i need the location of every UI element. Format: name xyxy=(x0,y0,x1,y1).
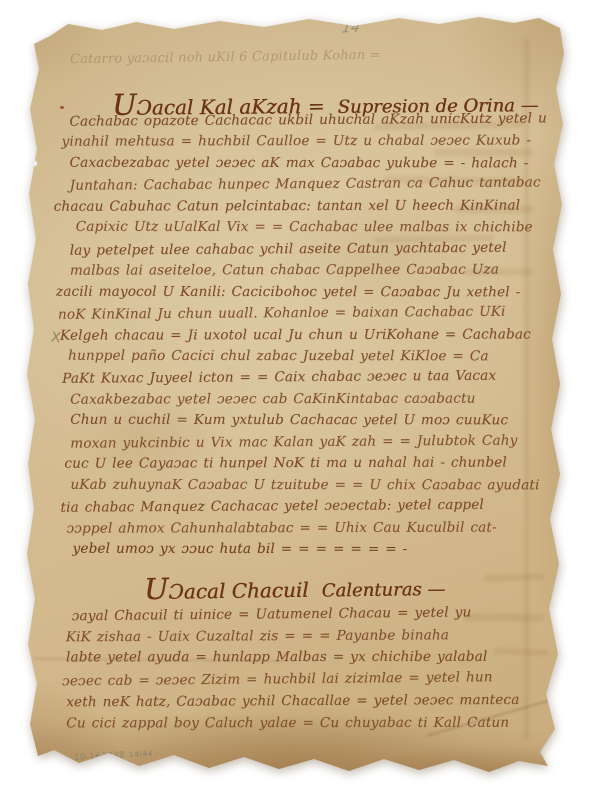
manuscript-line: tia chabac Manquez Cachacac yetel ɔeɔect… xyxy=(60,494,550,519)
faded-title-line: Catarro yaɔacil noh uKil 6 Capitulub Koh… xyxy=(70,48,381,67)
manuscript-line: PaKt Kuxac Juyeel icton = = Caix chabac … xyxy=(62,366,550,391)
manuscript-line: Caxakbezabac yetel ɔeɔec cab CaKinKintab… xyxy=(70,388,550,411)
margin-x-mark: X xyxy=(50,329,62,346)
manuscript-line: Cu cici zappal boy Caluch yalae = Cu chu… xyxy=(66,712,546,734)
section2-heading-spanish: Calenturas — xyxy=(322,579,446,602)
manuscript-line: ɔɔppel ahmox Cahunhalabtabac = = Uhix Ca… xyxy=(66,517,550,540)
manuscript-line: uKab zuhuynaK Caɔabac U tzuitube = = U c… xyxy=(70,474,550,496)
ink-bleed-ghost xyxy=(484,573,544,582)
manuscript-line: Kelgeh chacau = Ji uxotol ucal Ju chun u… xyxy=(60,324,550,347)
folio-number: 14 xyxy=(340,19,361,36)
manuscript-line: lay petelpet ulee cahabac ychil aseite C… xyxy=(70,237,550,262)
catalog-number: 10-16303814/44 xyxy=(74,749,153,763)
manuscript-sheet: 14 Catarro yaɔacil noh uKil 6 Capitulub … xyxy=(24,14,566,780)
manuscript-line: chacau Cabuhac Catun pelcintabac: tantan… xyxy=(54,195,550,218)
manuscript-sheet-shadow: 14 Catarro yaɔacil noh uKil 6 Capitulub … xyxy=(24,14,566,780)
section2-heading: UƆacal Chacuil Calenturas — xyxy=(144,568,446,606)
manuscript-line: malbas lai aseiteloe, Catun chabac Cappe… xyxy=(70,260,550,283)
ink-speck xyxy=(60,106,64,109)
section2-heading-maya: UƆacal Chacuil xyxy=(144,570,309,606)
catalog-number-main: 10-163038 xyxy=(74,750,125,763)
worm-hole xyxy=(31,160,38,167)
manuscript-line: yinahil mehtusa = huchbil Caulloe = Utz … xyxy=(61,131,549,154)
manuscript-line: moxan yukcinbic u Vix mac Kalan yaK zah … xyxy=(70,430,550,455)
manuscript-line: yebel umoɔ yx ɔɔuc huta bil = = = = = = … xyxy=(73,539,551,561)
manuscript-line: Capixic Utz uUalKal Vix = = Cachabac ule… xyxy=(76,217,550,239)
manuscript-line: hunppel paño Cacici chul zabac Juzebal y… xyxy=(68,346,550,368)
manuscript-line: KiK zishaa - Uaix Cuzaltal zis = = = Pay… xyxy=(66,624,546,648)
manuscript-line: Cachabac opazote Cachacac ukbil uhuchal … xyxy=(69,108,549,133)
manuscript-line: Caxacbezabac yetel ɔeɔec aK max Caɔabac … xyxy=(70,153,550,175)
manuscript-line: Chun u cuchil = Kum yxtulub Cachacac yet… xyxy=(70,410,550,432)
manuscript-line: xeth neK hatz, Caɔabac ychil Chacallae =… xyxy=(66,690,546,714)
manuscript-line: cuc U lee Cayaɔac ti hunpel NoK ti ma u … xyxy=(64,453,550,476)
manuscript-line: labte yetel ayuda = hunlapp Malbas = yx … xyxy=(66,647,546,669)
section1-text: Cachabac opazote Cachacac ukbil uhuchal … xyxy=(69,109,550,561)
manuscript-line: noK KinKinal Ju chun uuall. Kohanloe = b… xyxy=(58,301,550,326)
manuscript-line: Juntahan: Cachabac hunpec Manquez Castra… xyxy=(70,173,550,198)
manuscript-line: zacili mayocol U Kanili: Cacicibohoc yet… xyxy=(56,281,550,303)
catalog-number-fraction: 14/44 xyxy=(129,749,154,759)
section2-text: ɔayal Chacuil ti uinice = Uatumenel Chac… xyxy=(66,603,547,736)
